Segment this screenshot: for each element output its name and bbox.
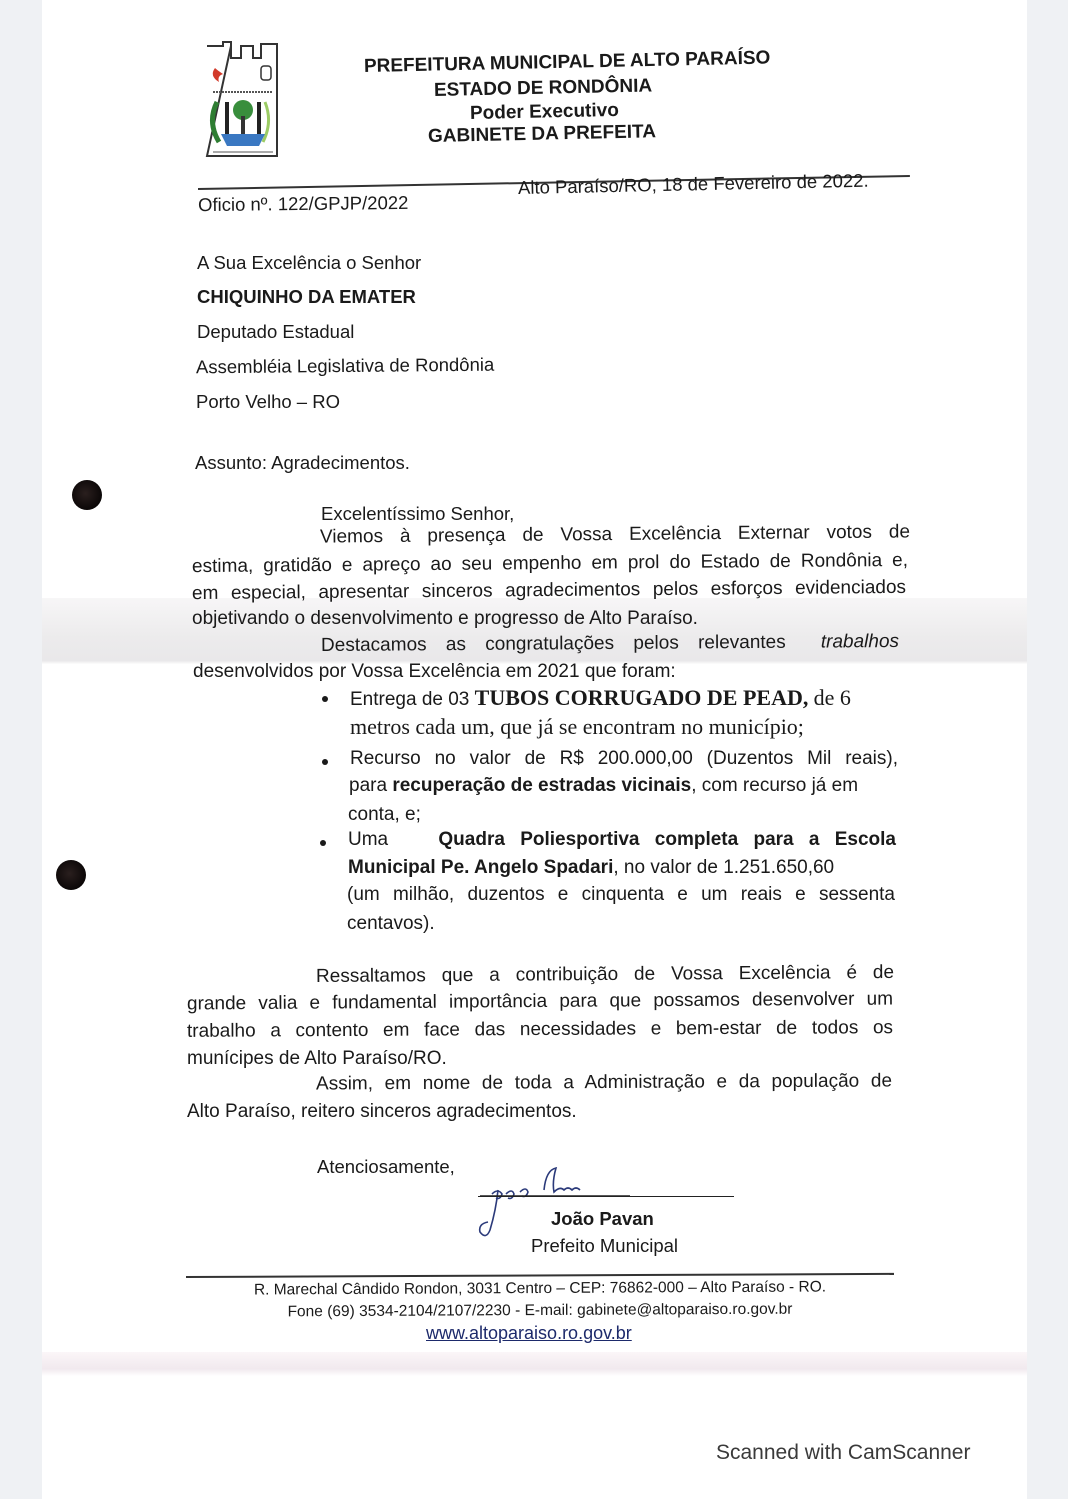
bullet-text: para recuperação de estradas vicinais, c… — [349, 775, 858, 797]
bullet-text: Uma — [348, 829, 388, 851]
footer-address: R. Marechal Cândido Rondon, 3031 Centro … — [186, 1278, 894, 1300]
bullet-text: Entrega de 03 — [350, 689, 469, 710]
recipient-name: CHIQUINHO DA EMATER — [197, 286, 416, 308]
recipient-institution: Assembléia Legislativa de Rondônia — [196, 354, 494, 379]
body-p3-line1: Ressaltamos que a contribuição de Vossa … — [316, 962, 894, 988]
bullet-recurso-line2: para recuperação de estradas vicinais, c… — [349, 775, 897, 797]
handwritten-signature-icon — [470, 1160, 630, 1245]
recipient-title: Deputado Estadual — [197, 321, 354, 343]
bullet-text: de 6 — [814, 685, 851, 710]
recipient-city: Porto Velho – RO — [196, 391, 340, 413]
body-p4-line1: Assim, em nome de toda a Administração e… — [316, 1070, 892, 1095]
valediction: Atenciosamente, — [317, 1156, 455, 1178]
signature-line — [478, 1196, 734, 1197]
bullet-item-recurso: Recurso no valor de R$ 200.000,00 (Duzen… — [350, 748, 898, 770]
header-estado: ESTADO DE RONDÔNIA — [434, 75, 653, 102]
bullet-quadra-line4: centavos). — [347, 913, 435, 935]
body-p2-italic: trabalhos — [821, 631, 899, 654]
oficio-number: Oficio nº. 122/GPJP/2022 — [198, 192, 409, 216]
footer-website-link[interactable]: www.altoparaiso.ro.gov.br — [426, 1323, 632, 1344]
bullet-bold-text: recuperação de estradas vicinais — [392, 775, 691, 796]
municipal-coat-of-arms-icon — [203, 40, 283, 160]
body-p2-line1: Destacamos as congratulações pelos relev… — [321, 631, 899, 657]
punch-hole — [72, 480, 102, 510]
signer-role: Prefeito Municipal — [531, 1235, 678, 1257]
greeting: Excelentíssimo Senhor, — [321, 503, 514, 525]
bullet-bold-text: Quadra Poliesportiva completa para a Esc… — [438, 829, 896, 851]
subject-line: Assunto: Agradecimentos. — [195, 452, 410, 474]
bullet-quadra-line3: (um milhão, duzentos e cinquenta e um re… — [347, 884, 895, 906]
bullet-bold-text: TUBOS CORRUGADO DE PEAD, — [475, 685, 809, 710]
bullet-item-quadra: Uma Quadra Poliesportiva completa para a… — [348, 829, 896, 851]
bullet-text: , no valor de 1.251.650,60 — [613, 857, 834, 878]
body-p3-line3: trabalho a contento em face das necessid… — [187, 1017, 893, 1043]
body-p2-line2: desenvolvidos por Vossa Excelência em 20… — [193, 661, 676, 683]
scan-tint-band — [42, 1352, 1027, 1376]
bullet-item-tubos: Entrega de 03 TUBOS CORRUGADO DE PEAD, d… — [350, 685, 851, 711]
bullet-tubos-line2: metros cada um, que já se encontram no m… — [350, 714, 804, 740]
bullet-bold-text: Municipal Pe. Angelo Spadari — [348, 857, 613, 878]
recipient-salutation: A Sua Excelência o Senhor — [197, 252, 421, 274]
camscanner-watermark: Scanned with CamScanner — [716, 1441, 970, 1465]
body-p4-line2: Alto Paraíso, reitero sinceros agradecim… — [187, 1101, 577, 1123]
header-poder: Poder Executivo — [470, 100, 619, 125]
body-p3-line4: munícipes de Alto Paraíso/RO. — [187, 1048, 447, 1070]
bullet-quadra-line2: Municipal Pe. Angelo Spadari, no valor d… — [348, 857, 896, 879]
footer-contact: Fone (69) 3534-2104/2107/2230 - E-mail: … — [186, 1300, 894, 1322]
signer-name: João Pavan — [551, 1208, 654, 1230]
body-p1-line4: objetivando o desenvolvimento e progress… — [192, 608, 698, 630]
bullet-recurso-line3: conta, e; — [348, 804, 421, 826]
punch-hole — [56, 860, 86, 890]
body-p2-text: Destacamos as congratulações pelos relev… — [321, 632, 786, 657]
